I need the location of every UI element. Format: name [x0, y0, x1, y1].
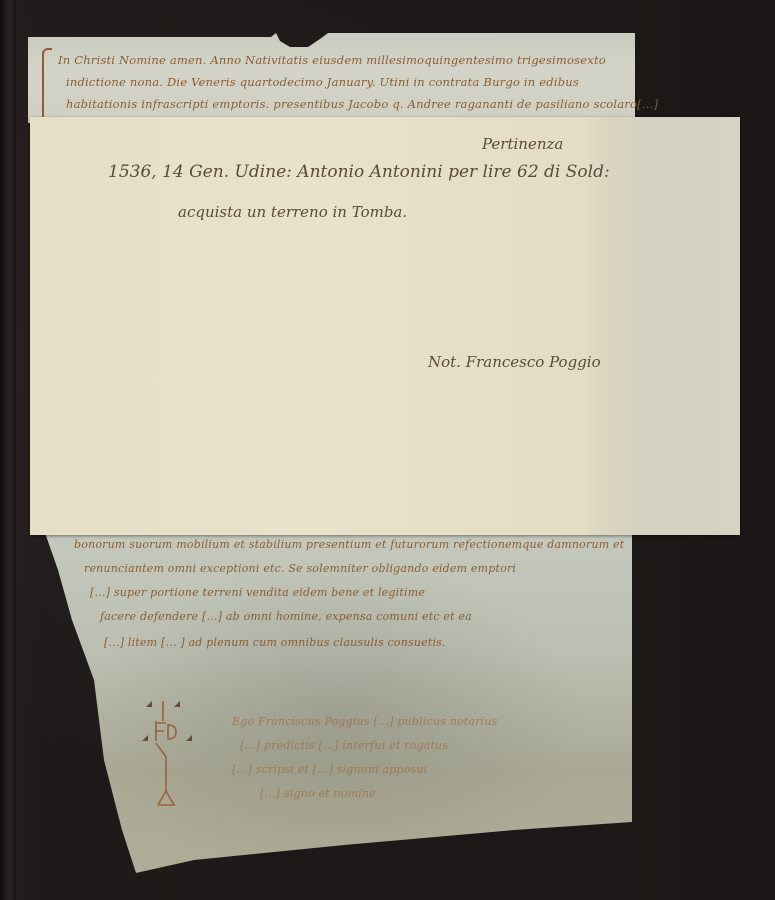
label-line-date-parties: 1536, 14 Gen. Udine: Antonio Antonini pe…: [108, 162, 610, 182]
parchment-line: habitationis infrascripti emptoris. pres…: [66, 97, 658, 111]
parchment-line: renunciantem omni exceptioni etc. Se sol…: [84, 562, 516, 575]
label-heading: Pertinenza: [482, 135, 563, 153]
parchment-line: […] super portione terreni vendita eidem…: [90, 586, 425, 599]
label-line-subject: acquista un terreno in Tomba.: [178, 203, 407, 221]
parchment-line: bonorum suorum mobilium et stabilium pre…: [74, 538, 624, 551]
notary-signature: Not. Francesco Poggio: [428, 353, 601, 371]
parchment-line: In Christi Nomine amen. Anno Nativitatis…: [58, 53, 606, 67]
parchment-line: facere defendere […] ab omni homine, exp…: [100, 610, 472, 623]
notarial-subscription-line: […] scripsi et […] signum apposui: [232, 763, 427, 776]
notarial-subscription-line: Ego Franciscus Poggius […] publicus nota…: [232, 715, 498, 728]
parchment-bottom-fragment: [44, 530, 632, 875]
label-slip-shadow-band: [630, 117, 740, 535]
notarial-subscription-line: […] predictis […] interfui et rogatus: [240, 739, 448, 752]
parchment-line: […] litem [… ] ad plenum cum omnibus cla…: [104, 636, 446, 649]
parchment-line: indictione nona. Die Veneris quartodecim…: [66, 75, 579, 89]
archival-label-slip: Pertinenza 1536, 14 Gen. Udine: Antonio …: [30, 117, 740, 535]
notarial-signum-icon: [140, 695, 200, 825]
notarial-subscription-line: […] signo et nomine: [260, 787, 376, 800]
decorated-initial: [42, 48, 52, 128]
